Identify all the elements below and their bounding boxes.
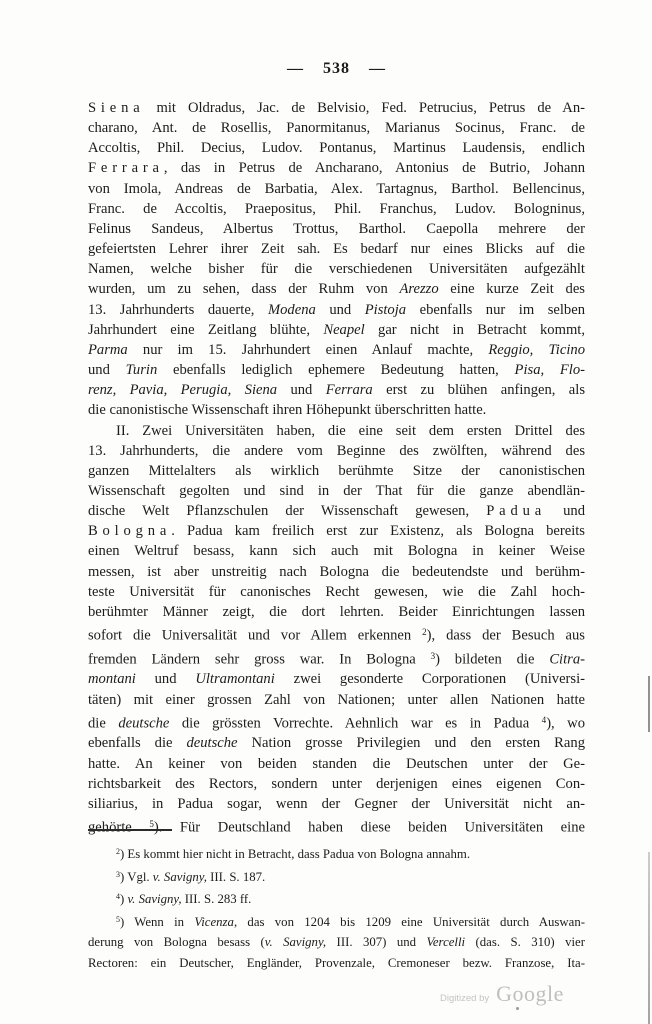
text-line: die deutsche die grössten Vorrechte. Aeh… xyxy=(88,710,585,734)
text-line: hatte. An keiner von beiden standen die … xyxy=(88,754,585,774)
text-line: montani und Ultramontani zwei gesonderte… xyxy=(88,669,585,689)
text-line: 2) Es kommt hier nicht in Betracht, dass… xyxy=(88,842,585,865)
text-line: Jahrhundert eine Zeitlang blühte, Neapel… xyxy=(88,320,585,340)
text-line: teste Universität für canonisches Recht … xyxy=(88,582,585,602)
scanned-book-page: — 538 — Siena mit Oldradus, Jac. de Belv… xyxy=(0,0,652,1024)
header-dash-left: — xyxy=(287,60,304,78)
digitized-watermark: Digitized by Google xyxy=(440,981,564,1007)
text-line: Namen, welche bisher für die verschieden… xyxy=(88,259,585,279)
text-line: 13. Jahrhunderts dauerte, Modena und Pis… xyxy=(88,300,585,320)
text-line: ganzen Mittelalters als wirklich berühmt… xyxy=(88,461,585,481)
text-line: und Turin ebenfalls lediglich ephemere B… xyxy=(88,360,585,380)
text-line: gehörte 5). Für Deutschland haben diese … xyxy=(88,814,585,838)
text-line: ebenfalls die deutsche Nation grosse Pri… xyxy=(88,733,585,753)
text-line: Parma nur im 15. Jahrhundert einen Anlau… xyxy=(88,340,585,360)
text-line: wurden, um zu sehen, dass der Ruhm von A… xyxy=(88,279,585,299)
watermark-prefix-text: Digitized by xyxy=(440,993,489,1004)
text-line: II. Zwei Universitäten haben, die eine s… xyxy=(88,421,585,441)
scan-edge-artifact-lower xyxy=(648,852,650,1024)
text-line: derung von Bologna besass (v. Savigny, I… xyxy=(88,932,585,953)
text-line: 4) v. Savigny, III. S. 283 ff. xyxy=(88,887,585,910)
text-line: siliarius, in Padua sogar, wenn der Gegn… xyxy=(88,794,585,814)
text-line: einen Weltruf besass, kann sich auch mit… xyxy=(88,541,585,561)
text-line: dische Welt Pflanzschulen der Wissenscha… xyxy=(88,501,585,521)
text-line: richtsbarkeit des Rectors, sondern unter… xyxy=(88,774,585,794)
text-line: 3) Vgl. v. Savigny, III. S. 187. xyxy=(88,865,585,888)
text-line: Siena mit Oldradus, Jac. de Belvisio, Fe… xyxy=(88,98,585,118)
page-header: — 538 — xyxy=(88,60,585,78)
text-line: charano, Ant. de Rosellis, Panormitanus,… xyxy=(88,118,585,138)
footnote-separator-rule xyxy=(88,829,172,831)
text-line: berühmter Männer zeigt, die dort lehrten… xyxy=(88,602,585,622)
text-line: Bologna. Padua kam freilich erst zur Exi… xyxy=(88,521,585,541)
text-line: 13. Jahrhunderts, die andere vom Beginne… xyxy=(88,441,585,461)
text-line: Franc. de Accoltis, Praepositus, Phil. F… xyxy=(88,199,585,219)
text-line: die canonistische Wissenschaft ihren Höh… xyxy=(88,400,585,420)
text-line: Ferrara, das in Petrus de Ancharano, Ant… xyxy=(88,158,585,178)
text-line: gefeiertsten Lehrer ihrer Zeit sah. Es b… xyxy=(88,239,585,259)
page-number: 538 xyxy=(323,60,350,78)
text-line: Accoltis, Phil. Decius, Ludov. Pontanus,… xyxy=(88,138,585,158)
google-logo: Google xyxy=(496,981,564,1007)
text-line: 5) Wenn in Vicenza, das von 1204 bis 120… xyxy=(88,910,585,933)
footnotes-block: 2) Es kommt hier nicht in Betracht, dass… xyxy=(88,842,585,973)
text-line: sofort die Universalität und vor Allem e… xyxy=(88,622,585,646)
body-text-block: Siena mit Oldradus, Jac. de Belvisio, Fe… xyxy=(88,98,585,838)
text-line: Rectoren: ein Deutscher, Engländer, Prov… xyxy=(88,953,585,974)
scan-speck-artifact xyxy=(516,1007,519,1010)
text-line: täten) mit einer grossen Zahl von Nation… xyxy=(88,690,585,710)
header-dash-right: — xyxy=(369,60,386,78)
scan-edge-artifact-upper xyxy=(648,676,650,732)
text-line: von Imola, Andreas de Barbatia, Alex. Ta… xyxy=(88,179,585,199)
text-line: fremden Ländern sehr gross war. In Bolog… xyxy=(88,646,585,670)
text-line: Felinus Sandeus, Albertus Trottus, Barth… xyxy=(88,219,585,239)
text-line: messen, ist aber unstreitig nach Bologna… xyxy=(88,562,585,582)
text-line: Wissenschaft gegolten und sind in der Th… xyxy=(88,481,585,501)
text-line: renz, Pavia, Perugia, Siena und Ferrara … xyxy=(88,380,585,400)
